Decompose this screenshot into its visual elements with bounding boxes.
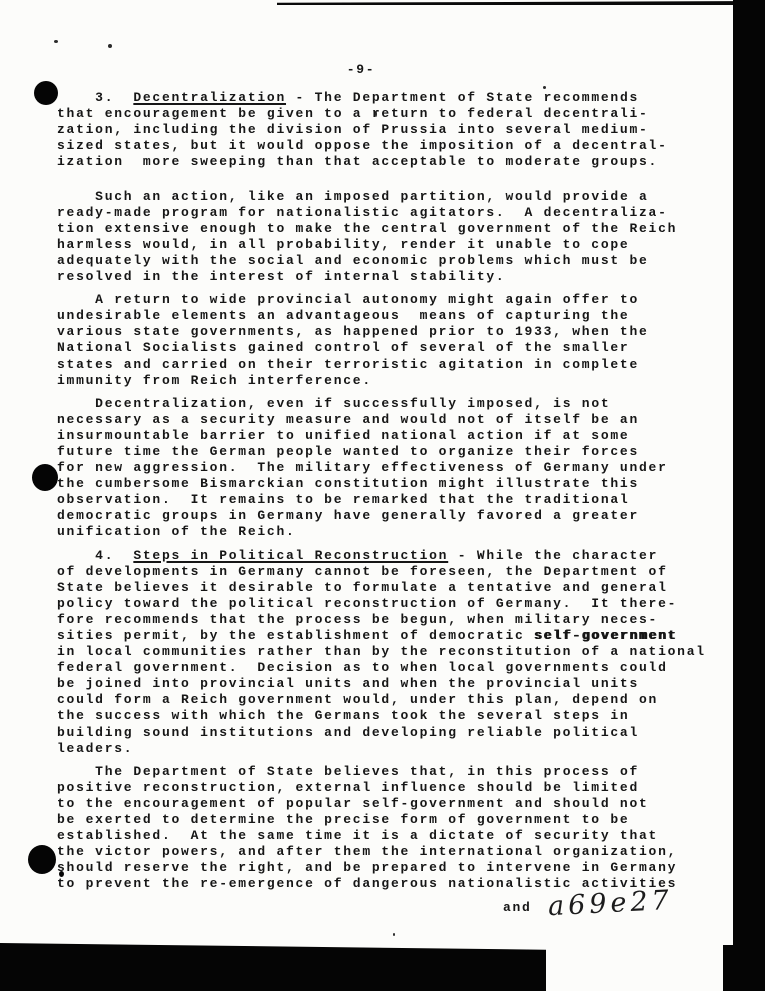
paragraph-lead: 4.: [57, 548, 133, 563]
scan-artifact-top-line: [277, 1, 765, 5]
document-page: -9- 3. Decentralization - The Department…: [0, 0, 765, 991]
footer-word: and: [503, 900, 532, 915]
paragraph-3-decentralization: 3. Decentralization - The Department of …: [57, 90, 725, 170]
text-column: -9- 3. Decentralization - The Department…: [57, 62, 725, 900]
hole-punch-top: [34, 81, 58, 105]
section-heading-underlined: Decentralization: [133, 90, 286, 105]
hole-punch-bottom: [28, 845, 56, 874]
paragraph-provincial-autonomy: A return to wide provincial autonomy mig…: [57, 292, 725, 389]
section-heading-underlined: Steps in Political Reconstruction: [133, 548, 448, 563]
handwritten-annotation: a69e27: [547, 885, 673, 922]
scan-speck: [393, 933, 395, 936]
scan-artifact-bottom-bar: [0, 943, 546, 991]
paragraph-text: Such an action, like an imposed partitio…: [57, 189, 677, 284]
paragraph-positive-reconstruction: The Department of State believes that, i…: [57, 764, 725, 893]
paragraph-bold-text: self-government: [534, 628, 677, 643]
paragraph-imposed-partition: Such an action, like an imposed partitio…: [57, 189, 725, 286]
paragraph-text: in local communities rather than by the …: [57, 644, 706, 756]
scan-artifact-right-strip: [733, 0, 765, 991]
paragraph-text: A return to wide provincial autonomy mig…: [57, 292, 649, 387]
paragraph-security-measure: Decentralization, even if successfully i…: [57, 396, 725, 541]
page-number: -9-: [57, 62, 725, 78]
paragraph-text: The Department of State believes that, i…: [57, 764, 677, 892]
hole-punch-middle: [32, 464, 58, 491]
paragraph-4-political-reconstruction: 4. Steps in Political Reconstruction - W…: [57, 548, 725, 757]
scan-artifact-right-strip-foot: [723, 945, 765, 991]
paragraph-lead: 3.: [57, 90, 133, 105]
scan-speck: [54, 40, 58, 43]
scan-speck: [108, 44, 112, 48]
paragraph-text: Decentralization, even if successfully i…: [57, 396, 668, 540]
